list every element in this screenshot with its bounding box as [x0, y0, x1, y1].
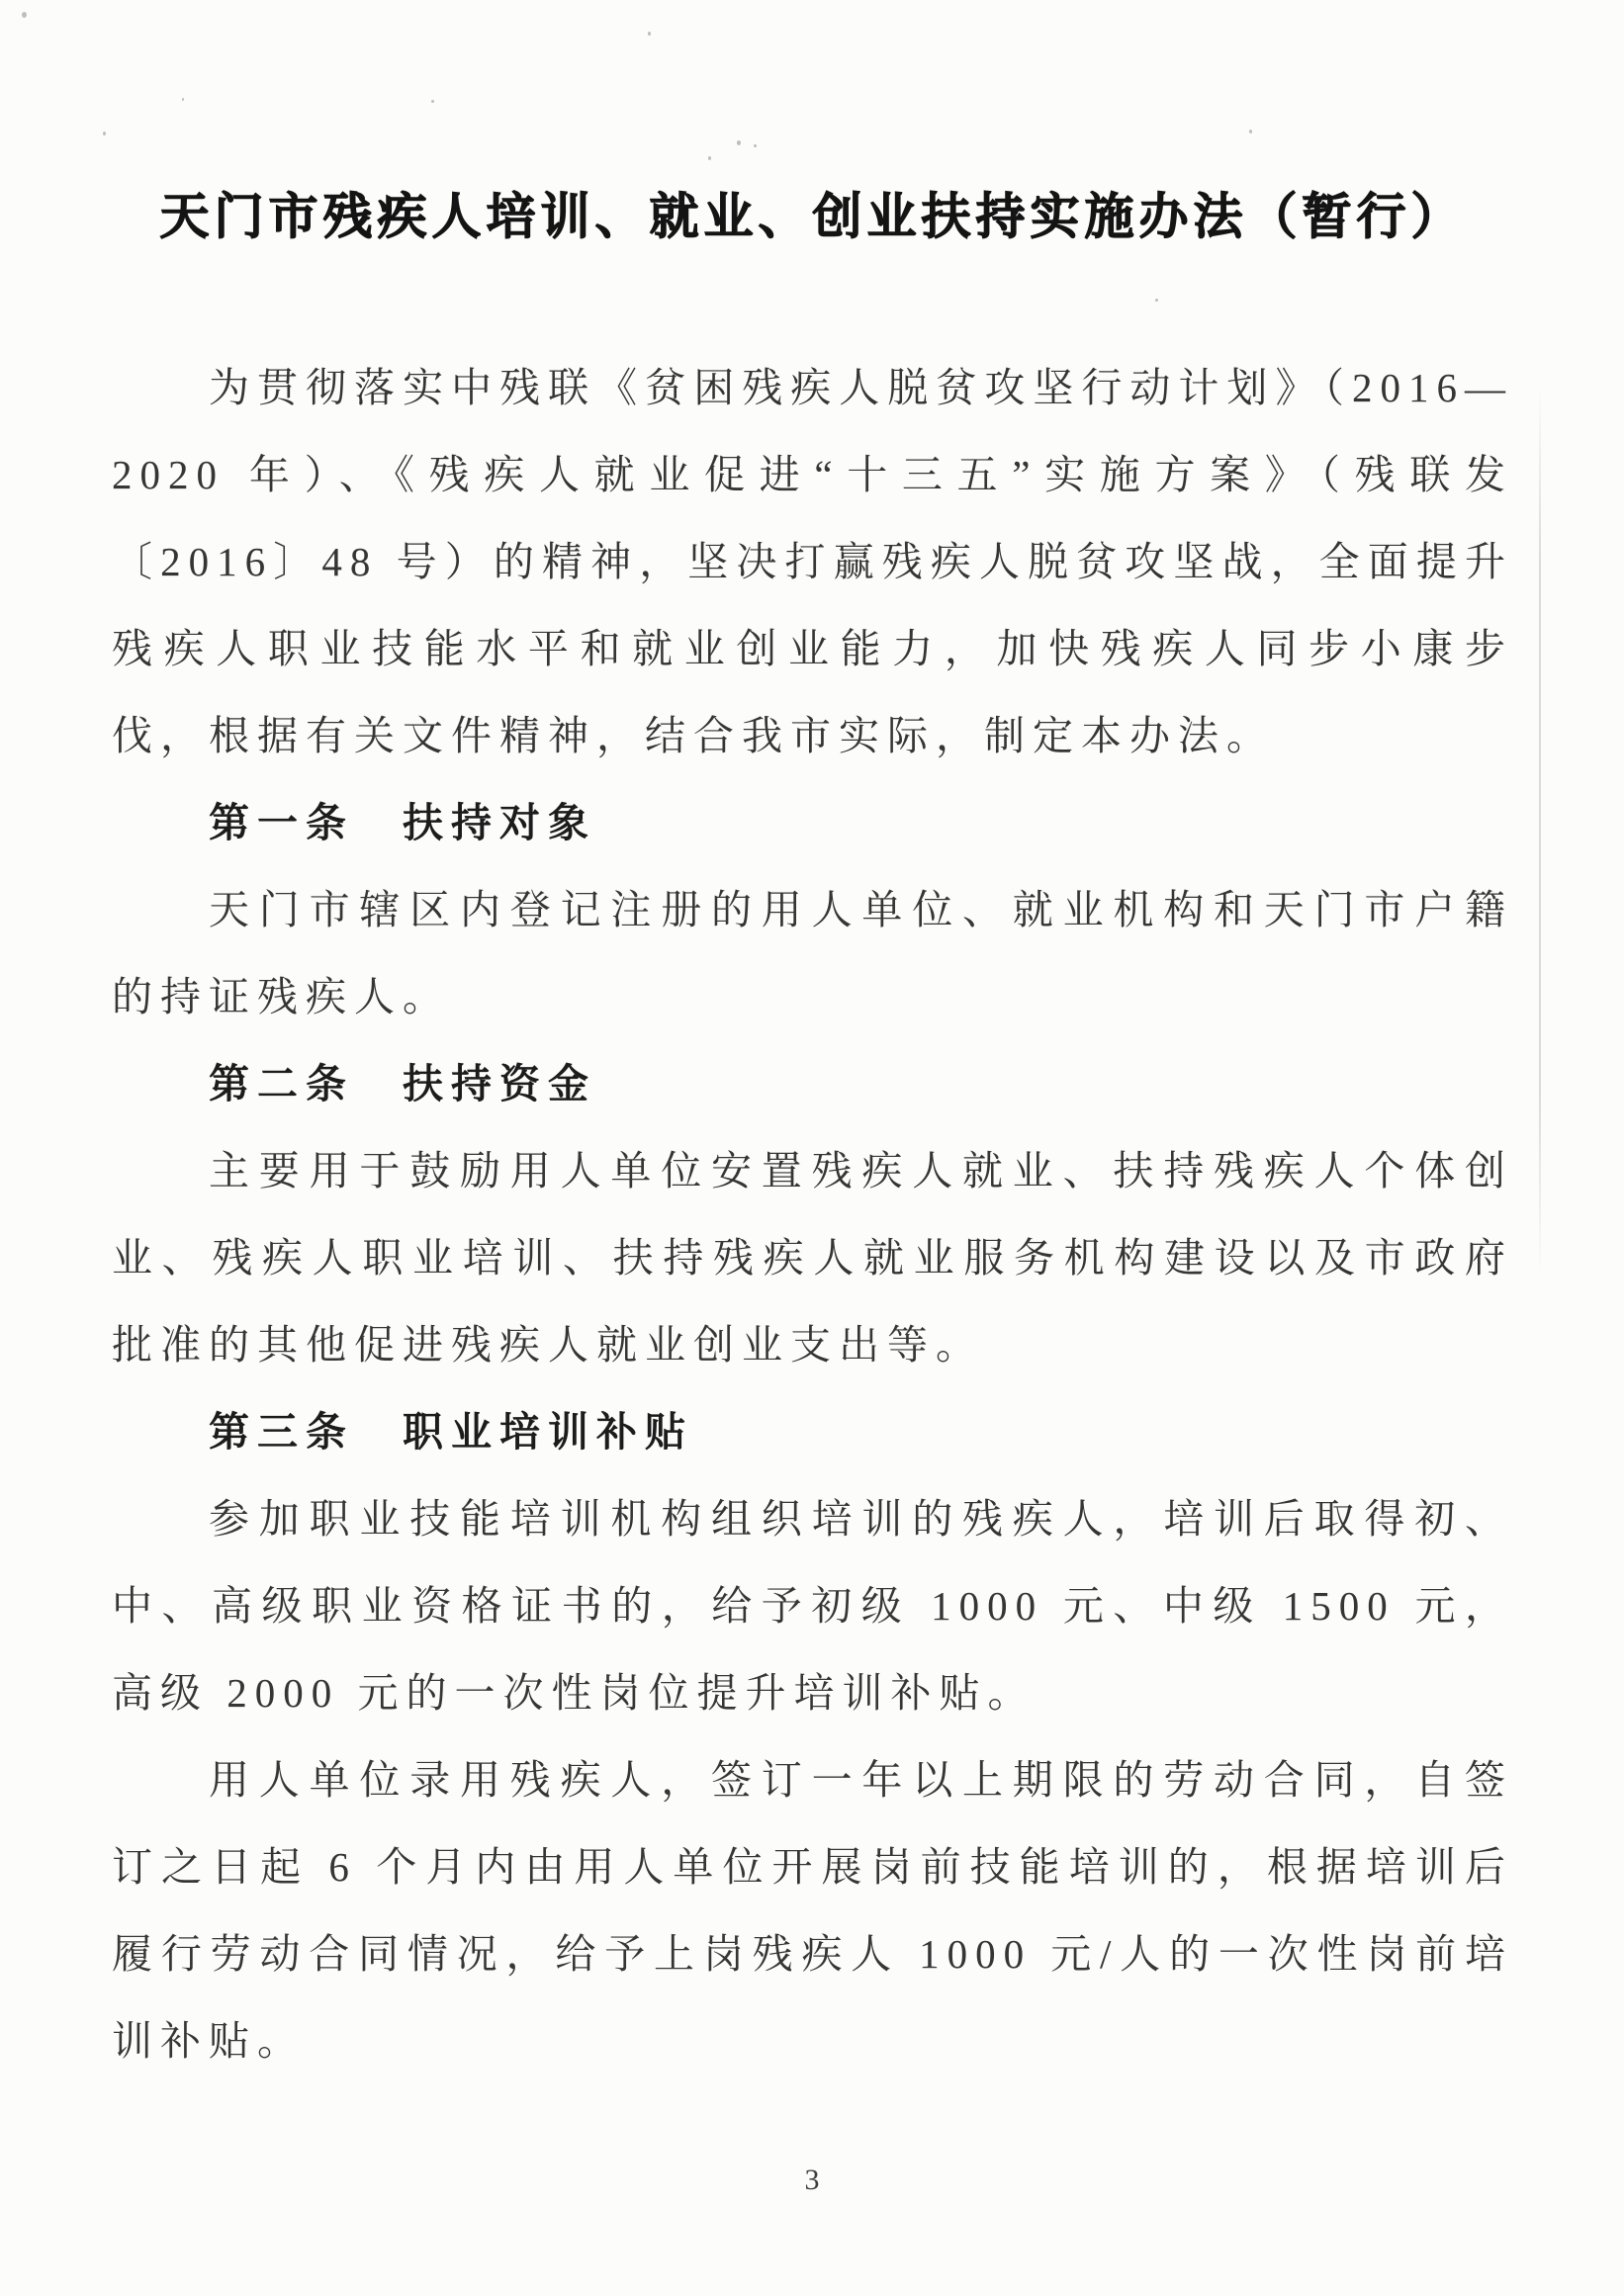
body-paragraph: 用人单位录用残疾人，签订一年以上期限的劳动合同，自签订之日起 6 个月内由用人单… — [112, 1736, 1513, 2084]
body-paragraph: 天门市辖区内登记注册的用人单位、就业机构和天门市户籍的持证残疾人。 — [112, 866, 1513, 1040]
scan-speckle — [182, 98, 184, 101]
document-body: 为贯彻落实中残联《贫困残疾人脱贫攻坚行动计划》（2016—2020 年）、《残疾… — [112, 344, 1513, 2084]
scan-speckle — [708, 156, 711, 160]
section-heading: 第一条 扶持对象 — [112, 779, 1513, 866]
page-number: 3 — [0, 2164, 1624, 2197]
scanned-document-page: 天门市残疾人培训、就业、创业扶持实施办法（暂行） 为贯彻落实中残联《贫困残疾人脱… — [0, 0, 1624, 2296]
scan-edge-artifact — [1539, 386, 1541, 1276]
scan-speckle — [22, 12, 27, 18]
scan-speckle — [648, 32, 651, 36]
body-paragraph: 主要用于鼓励用人单位安置残疾人就业、扶持残疾人个体创业、残疾人职业培训、扶持残疾… — [112, 1127, 1513, 1388]
scan-speckle — [103, 132, 106, 135]
section-heading: 第二条 扶持资金 — [112, 1040, 1513, 1127]
section-heading: 第三条 职业培训补贴 — [112, 1388, 1513, 1475]
scan-speckle — [1249, 130, 1252, 133]
body-paragraph: 为贯彻落实中残联《贫困残疾人脱贫攻坚行动计划》（2016—2020 年）、《残疾… — [112, 344, 1513, 779]
document-title: 天门市残疾人培训、就业、创业扶持实施办法（暂行） — [112, 184, 1513, 249]
scan-speckle — [431, 100, 434, 103]
body-paragraph: 参加职业技能培训机构组织培训的残疾人，培训后取得初、中、高级职业资格证书的，给予… — [112, 1475, 1513, 1736]
document-content: 天门市残疾人培训、就业、创业扶持实施办法（暂行） 为贯彻落实中残联《贫困残疾人脱… — [112, 184, 1513, 2084]
scan-speckle — [754, 144, 757, 147]
scan-speckle — [737, 140, 741, 145]
